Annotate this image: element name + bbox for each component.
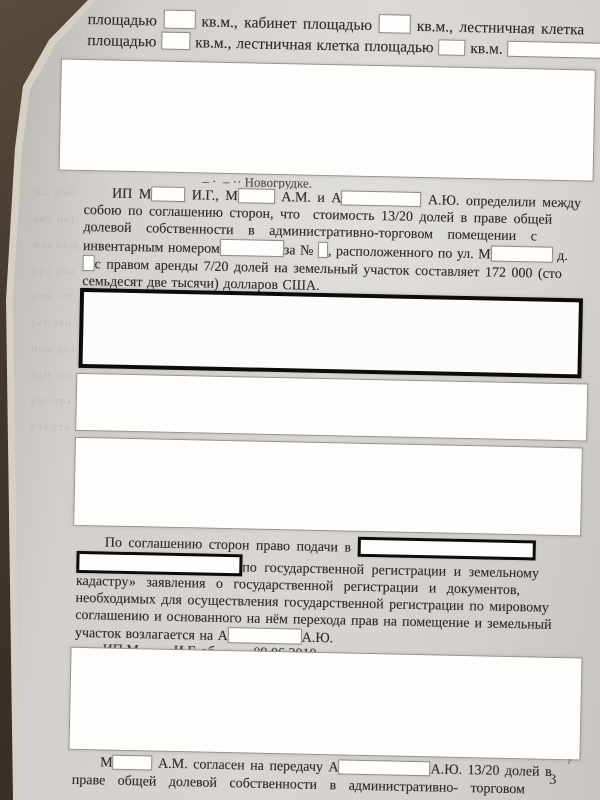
photo-background: { "meta": { "page_number": "3", "crease_… (0, 0, 600, 800)
text-run: площадью (87, 32, 161, 51)
redaction-box-large-1 (59, 58, 596, 181)
text-run: А.М. согласен на передачу А (152, 757, 338, 776)
rooms-area-lines: площадью кв.м., кабинет площадью кв.м., … (87, 8, 580, 61)
redaction-box-inline (113, 755, 153, 771)
text-run: площадью (88, 11, 164, 30)
text-run: И.Г., М (185, 188, 238, 204)
redaction-box-inline (507, 41, 600, 59)
redaction-box-inline (341, 190, 421, 207)
redaction-box-black-1 (78, 288, 583, 379)
text-run: инвентарным номером (83, 239, 220, 257)
text-run: А.М. и А (275, 190, 342, 206)
text-run: А.Ю. (302, 631, 334, 647)
text-run: кв.м., лестничная клетка площадью (190, 34, 439, 56)
text-run: М (100, 755, 113, 770)
price-agreement-paragraph: ИП М И.Г., М А.М. и А А.Ю. определили ме… (82, 185, 576, 300)
redaction-box-large-4 (68, 647, 582, 761)
text-run: ИП М (112, 187, 151, 203)
text-run: кв.м., кабинет площадью (195, 13, 379, 34)
redaction-box-large-3 (73, 437, 583, 537)
text-run: А.Ю. 13/20 долей в (430, 762, 551, 780)
redaction-box-inline (491, 245, 553, 262)
registration-paragraph: По соглашению сторон право подачи в по г… (75, 531, 569, 652)
redaction-box-inline (238, 188, 275, 204)
redaction-box-inline (151, 186, 185, 202)
redaction-box-inline (163, 10, 195, 30)
text-run: участок возлагается на А (75, 626, 228, 644)
redaction-box-inline (82, 255, 94, 271)
redaction-box-inline (438, 39, 465, 56)
text-run: за № (284, 243, 318, 259)
redaction-box-inline (228, 627, 302, 645)
redaction-box-inline (161, 32, 190, 51)
redaction-box-inline (220, 239, 284, 257)
redaction-box-inline (378, 14, 410, 34)
redaction-box-inline (318, 242, 328, 258)
text-run: кв.м., лестничная клетка (410, 18, 584, 39)
text-run: д. (552, 249, 567, 264)
document-content: площадью кв.м., кабинет площадью кв.м., … (72, 8, 580, 800)
redaction-box-inline (338, 759, 430, 776)
redaction-box-large-2 (75, 373, 588, 442)
text-run: кв.м. (465, 40, 508, 58)
page-number: 3 (549, 772, 557, 789)
